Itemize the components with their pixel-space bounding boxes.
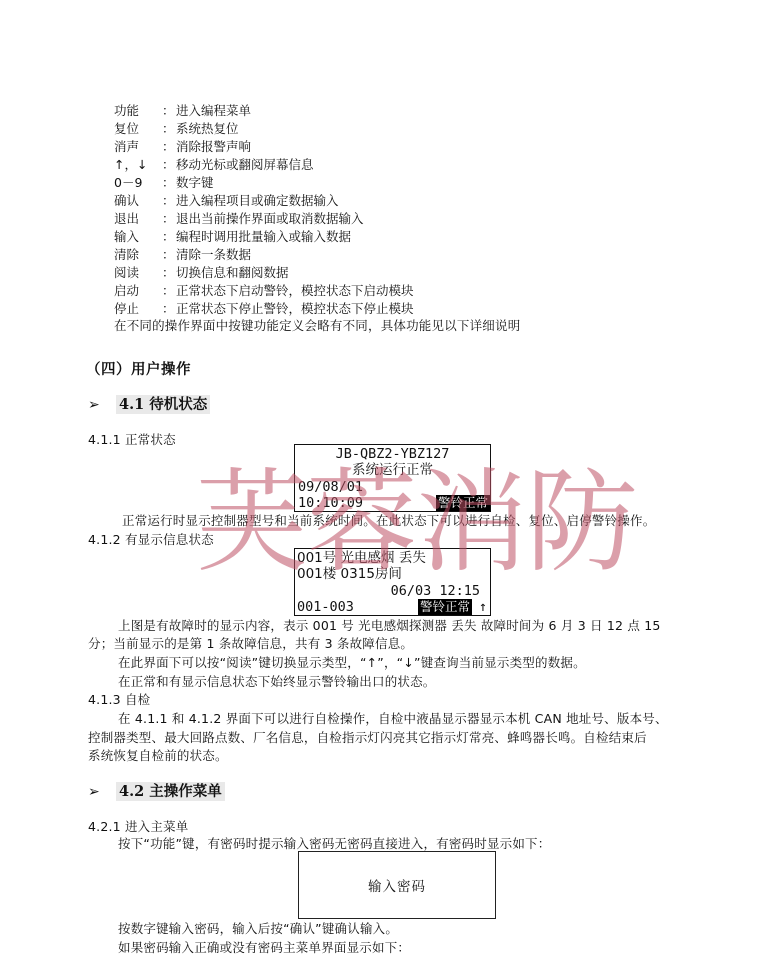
lcd-alarm-badge: 警铃正常 (418, 599, 472, 615)
colon: ： (162, 174, 176, 191)
key-row-confirm: 确认：进入编程项目或确定数据输入 (114, 192, 339, 209)
key-row-reset: 复位：系统热复位 (114, 120, 239, 137)
key-row-silence: 消声：消除报警声响 (114, 138, 251, 155)
key-desc: 消除报警声响 (176, 139, 251, 154)
subsection-4-1-3: 4.1.3 自检 (88, 691, 150, 708)
key-row-function: 功能：进入编程菜单 (114, 102, 251, 119)
lcd-time: 10:10:09 (298, 495, 363, 511)
section-title: 4.2 主操作菜单 (116, 782, 225, 801)
subsection-4-1-2: 4.1.2 有显示信息状态 (88, 531, 214, 548)
key-name: 启动 (114, 282, 162, 299)
chapter-heading: （四）用户操作 (86, 358, 191, 379)
key-desc: 进入编程菜单 (176, 103, 251, 118)
para-4-1-1: 正常运行时显示控制器型号和当前系统时间。在此状态下可以进行自检、复位、启停警铃操… (122, 512, 655, 529)
key-name: ↑，↓ (114, 156, 162, 173)
key-desc: 系统热复位 (176, 121, 239, 136)
lcd-fault-counter: 001-003 (297, 599, 354, 615)
para-4-1-2-line1: 上图是有故障时的显示内容，表示 001 号 光电感烟探测器 丢失 故障时间为 6… (118, 617, 661, 634)
colon: ： (162, 264, 176, 281)
para-4-1-2-alarm: 在正常和有显示信息状态下始终显示警铃输出口的状态。 (118, 673, 436, 690)
para-4-1-2-line2: 分；当前显示的是第 1 条故障信息，共有 3 条故障信息。 (88, 635, 413, 652)
key-name: 0－9 (114, 174, 162, 191)
key-row-exit: 退出：退出当前操作界面或取消数据输入 (114, 210, 364, 227)
para-4-1-3-line3: 系统恢复自检前的状态。 (88, 747, 228, 764)
key-desc: 编程时调用批量输入或输入数据 (176, 229, 351, 244)
para-4-2-1-menu: 如果密码输入正确或没有密码主菜单界面显示如下： (118, 939, 410, 956)
lcd-fault-datetime: 06/03 12:15 (391, 583, 480, 599)
colon: ： (162, 228, 176, 245)
key-desc: 切换信息和翻阅数据 (176, 265, 289, 280)
key-desc: 正常状态下停止警铃，模控状态下停止模块 (176, 301, 414, 316)
key-name: 清除 (114, 246, 162, 263)
key-row-input: 输入：编程时调用批量输入或输入数据 (114, 228, 351, 245)
lcd-date: 09/08/01 (298, 479, 363, 495)
colon: ： (162, 156, 176, 173)
key-name: 输入 (114, 228, 162, 245)
key-name: 确认 (114, 192, 162, 209)
key-row-read: 阅读：切换信息和翻阅数据 (114, 264, 289, 281)
key-row-start: 启动：正常状态下启动警铃，模控状态下启动模块 (114, 282, 414, 299)
section-title: 4.1 待机状态 (116, 395, 210, 414)
lcd-fault-location: 001楼 0315房间 (297, 566, 402, 582)
colon: ： (162, 282, 176, 299)
lcd-display-fault: 001号 光电感烟 丢失 001楼 0315房间 06/03 12:15 001… (294, 548, 491, 616)
key-name: 停止 (114, 300, 162, 317)
key-name: 阅读 (114, 264, 162, 281)
subsection-4-2-1: 4.2.1 进入主菜单 (88, 818, 188, 835)
para-4-1-3-line2: 控制器类型、最大回路点数、厂名信息，自检指示灯闪亮其它指示灯常亮、蜂鸣器长鸣。自… (88, 729, 647, 746)
lcd-fault-device: 001号 光电感烟 丢失 (297, 550, 426, 566)
colon: ： (162, 246, 176, 263)
key-desc: 数字键 (176, 175, 214, 190)
para-4-2-1: 按下“功能”键，有密码时提示输入密码无密码直接进入，有密码时显示如下： (118, 835, 550, 852)
key-row-arrows: ↑，↓：移动光标或翻阅屏幕信息 (114, 156, 314, 173)
colon: ： (162, 120, 176, 137)
key-name: 功能 (114, 102, 162, 119)
key-desc: 移动光标或翻阅屏幕信息 (176, 157, 314, 172)
colon: ： (162, 102, 176, 119)
section-heading-4-1: ➢4.1 待机状态 (88, 393, 210, 414)
lcd-status: 系统运行正常 (295, 462, 490, 478)
key-name: 消声 (114, 138, 162, 155)
para-4-1-3-line1: 在 4.1.1 和 4.1.2 界面下可以进行自检操作，自检中液晶显示器显示本机… (118, 710, 668, 727)
colon: ： (162, 138, 176, 155)
key-row-stop: 停止：正常状态下停止警铃，模控状态下停止模块 (114, 300, 414, 317)
key-name: 复位 (114, 120, 162, 137)
key-row-digits: 0－9：数字键 (114, 174, 214, 191)
key-desc: 清除一条数据 (176, 247, 251, 262)
para-4-2-1-enter: 按数字键输入密码，输入后按“确认”键确认输入。 (118, 920, 398, 937)
key-row-clear: 清除：清除一条数据 (114, 246, 251, 263)
arrow-bullet-icon: ➢ (88, 784, 116, 800)
arrow-bullet-icon: ➢ (88, 397, 116, 413)
para-4-1-2-read-key: 在此界面下可以按“阅读”键切换显示类型，“↑”，“↓”键查询当前显示类型的数据。 (118, 654, 586, 671)
lcd-model: JB-QBZ2-YBZ127 (295, 446, 490, 462)
lcd-display-normal: JB-QBZ2-YBZ127 系统运行正常 09/08/01 10:10:09 … (294, 444, 491, 512)
section-heading-4-2: ➢4.2 主操作菜单 (88, 780, 225, 801)
key-desc: 退出当前操作界面或取消数据输入 (176, 211, 364, 226)
keys-note: 在不同的操作界面中按键功能定义会略有不同，具体功能见以下详细说明 (114, 317, 520, 334)
password-prompt-label: 输入密码 (368, 875, 426, 895)
subsection-4-1-1: 4.1.1 正常状态 (88, 431, 176, 448)
up-arrow-icon: ↑ (479, 599, 487, 615)
colon: ： (162, 192, 176, 209)
colon: ： (162, 300, 176, 317)
password-prompt-box: 输入密码 (298, 851, 496, 919)
colon: ： (162, 210, 176, 227)
key-name: 退出 (114, 210, 162, 227)
key-desc: 正常状态下启动警铃，模控状态下启动模块 (176, 283, 414, 298)
lcd-alarm-badge: 警铃正常 (436, 495, 490, 511)
key-desc: 进入编程项目或确定数据输入 (176, 193, 339, 208)
